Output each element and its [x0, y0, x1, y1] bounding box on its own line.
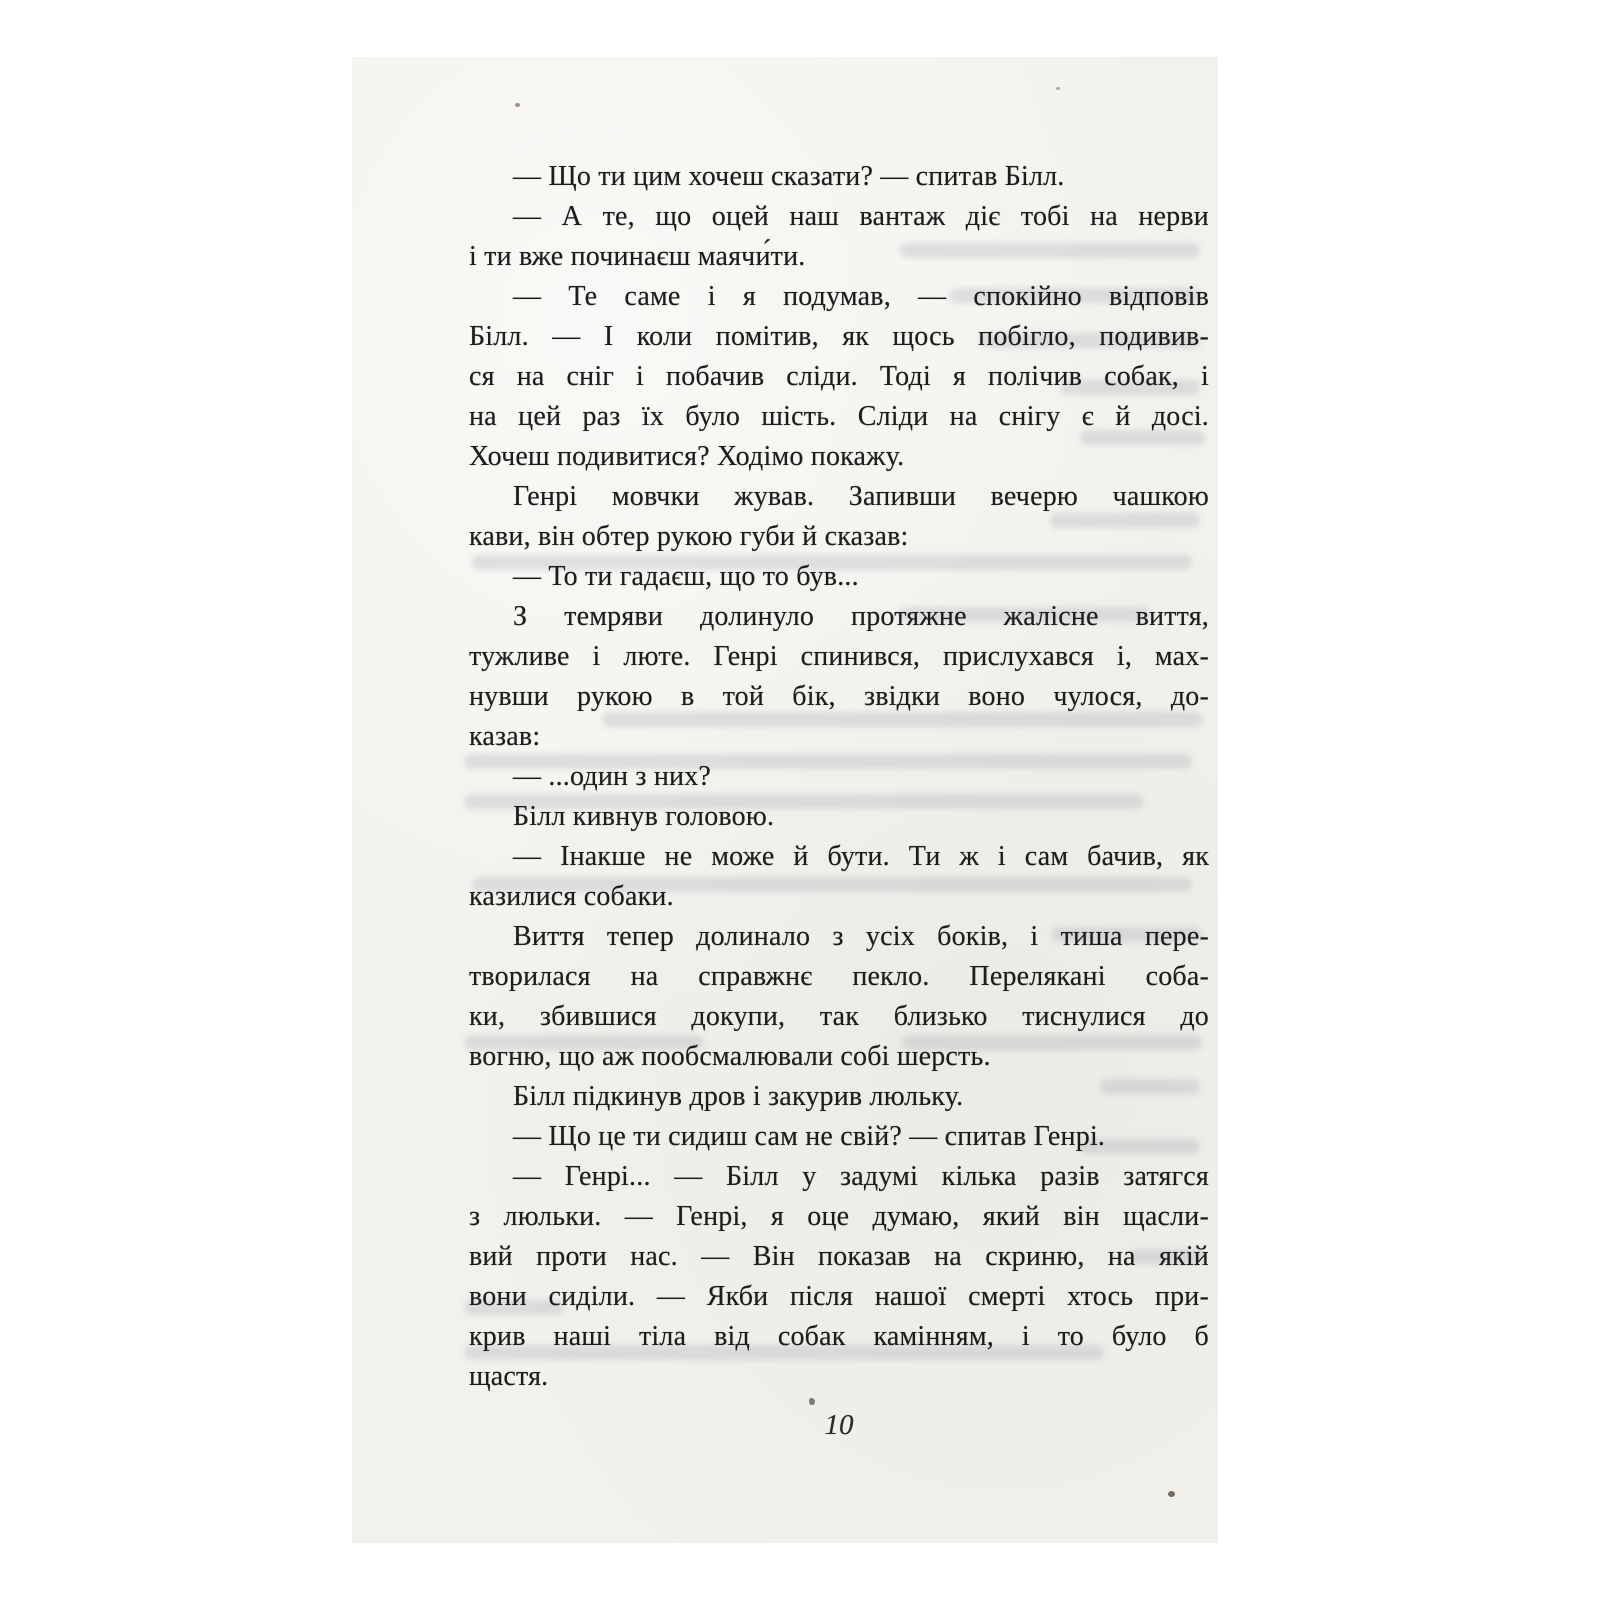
- text-line: казав:: [469, 717, 1209, 757]
- page-number: 10: [469, 1409, 1209, 1442]
- text-line: тужливе і люте. Генрі спинився, прислуха…: [469, 637, 1209, 677]
- text-line: казилися собаки.: [469, 877, 1209, 917]
- text-line: Білл кивнув головою.: [469, 797, 1209, 837]
- text-line: вони сиділи. — Якби після нашої смерті х…: [469, 1277, 1209, 1317]
- paper-speck: [1056, 87, 1060, 90]
- paper-speck: [809, 1398, 815, 1405]
- scanned-book-page: — Що ти цим хочеш сказати? — спитав Білл…: [352, 57, 1218, 1543]
- text-block: — Що ти цим хочеш сказати? — спитав Білл…: [469, 157, 1209, 1397]
- text-line: з люльки. — Генрі, я оце думаю, який він…: [469, 1197, 1209, 1237]
- text-line: — Що це ти сидиш сам не свій? — спитав Г…: [469, 1117, 1209, 1157]
- text-line: — Інакше не може й бути. Ти ж і сам бачи…: [469, 837, 1209, 877]
- text-line: Генрі мовчки жував. Запивши вечерю чашко…: [469, 477, 1209, 517]
- text-line: ся на сніг і побачив сліди. Тоді я поліч…: [469, 357, 1209, 397]
- text-line: щастя.: [469, 1357, 1209, 1397]
- text-line: на цей раз їх було шість. Сліди на снігу…: [469, 397, 1209, 437]
- text-line: — А те, що оцей наш вантаж діє тобі на н…: [469, 197, 1209, 237]
- text-line: і ти вже починаєш маячи́ти.: [469, 237, 1209, 277]
- text-line: — Те саме і я подумав, — спокійно відпов…: [469, 277, 1209, 317]
- text-line: Білл. — І коли помітив, як щось побігло,…: [469, 317, 1209, 357]
- paper-speck: [515, 103, 520, 107]
- text-line: Виття тепер долинало з усіх боків, і тиш…: [469, 917, 1209, 957]
- text-line: кави, він обтер рукою губи й сказав:: [469, 517, 1209, 557]
- text-line: З темряви долинуло протяжне жалісне витт…: [469, 597, 1209, 637]
- text-line: — ...один з них?: [469, 757, 1209, 797]
- text-line: вогню, що аж пообсмалювали собі шерсть.: [469, 1037, 1209, 1077]
- text-line: ки, збившися докупи, так близько тиснули…: [469, 997, 1209, 1037]
- text-line: нувши рукою в той бік, звідки воно чулос…: [469, 677, 1209, 717]
- text-line: Хочеш подивитися? Ходімо покажу.: [469, 437, 1209, 477]
- paper-speck: [1168, 1491, 1175, 1497]
- text-line: творилася на справжнє пекло. Перелякані …: [469, 957, 1209, 997]
- text-line: крив наші тіла від собак камінням, і то …: [469, 1317, 1209, 1357]
- text-line: Білл підкинув дров і закурив люльку.: [469, 1077, 1209, 1117]
- text-line: — Генрі... — Білл у задумі кілька разів …: [469, 1157, 1209, 1197]
- text-line: вий проти нас. — Він показав на скриню, …: [469, 1237, 1209, 1277]
- text-line: — Що ти цим хочеш сказати? — спитав Білл…: [469, 157, 1209, 197]
- text-line: — То ти гадаєш, що то був...: [469, 557, 1209, 597]
